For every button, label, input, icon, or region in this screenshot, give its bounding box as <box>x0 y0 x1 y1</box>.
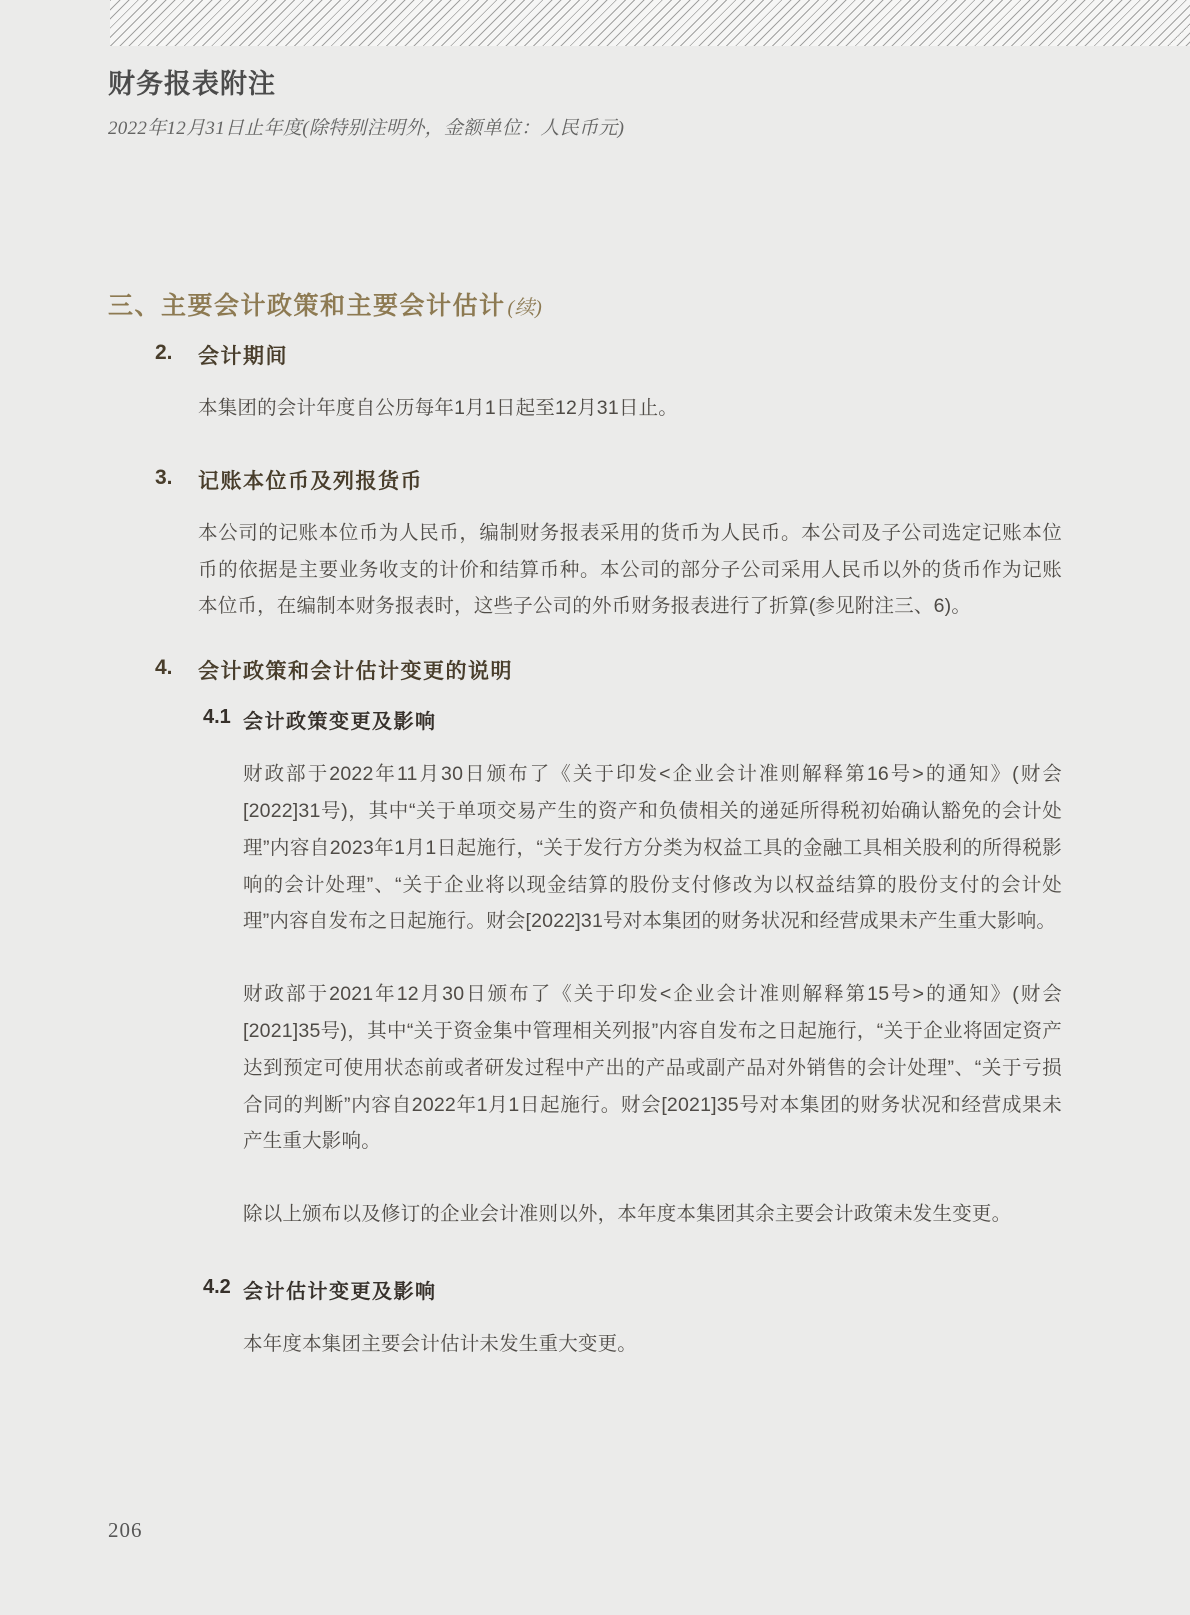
section-3-functional-currency: 3. 记账本位币及列报货币 本公司的记账本位币为人民币，编制财务报表采用的货币为… <box>155 465 1190 625</box>
subsection-body: 会计政策变更及影响 财政部于2022年11月30日颁布了《关于印发<企业会计准则… <box>243 705 1062 1233</box>
document-subtitle: 2022年12月31日止年度(除特别注明外，金额单位：人民币元) <box>108 113 1190 140</box>
subsection-body: 会计估计变更及影响 本年度本集团主要会计估计未发生重大变更。 <box>243 1275 1062 1363</box>
page-number: 206 <box>108 1518 143 1542</box>
section-number: 4. <box>155 655 198 1363</box>
section-number: 2. <box>155 340 198 427</box>
subsection-number: 4.1 <box>203 705 243 1233</box>
paragraph: 除以上颁布以及修订的企业会计准则以外，本年度本集团其余主要会计政策未发生变更。 <box>243 1196 1062 1233</box>
section-body: 会计政策和会计估计变更的说明 4.1 会计政策变更及影响 财政部于2022年11… <box>198 655 1062 1363</box>
diagonal-hatch-band <box>110 0 1190 46</box>
section-title-continued-marker: (续) <box>508 297 543 319</box>
paragraph: 财政部于2021年12月30日颁布了《关于印发<企业会计准则解释第15号>的通知… <box>243 976 1062 1160</box>
document-title: 财务报表附注 <box>108 62 1190 101</box>
paragraph: 本年度本集团主要会计估计未发生重大变更。 <box>243 1326 1062 1363</box>
section-heading: 记账本位币及列报货币 <box>198 465 1062 495</box>
paragraph: 财政部于2022年11月30日颁布了《关于印发<企业会计准则解释第16号>的通知… <box>243 756 1062 940</box>
page-footer: 206 <box>108 1518 143 1543</box>
section-title: 三、主要会计政策和主要会计估计(续) <box>108 286 1190 322</box>
section-body: 记账本位币及列报货币 本公司的记账本位币为人民币，编制财务报表采用的货币为人民币… <box>198 465 1062 625</box>
section-heading: 会计期间 <box>198 340 1062 370</box>
section-title-main: 三、主要会计政策和主要会计估计 <box>108 292 506 320</box>
paragraph: 本公司的记账本位币为人民币，编制财务报表采用的货币为人民币。本公司及子公司选定记… <box>198 515 1062 625</box>
section-number: 3. <box>155 465 198 625</box>
subsection-heading: 会计政策变更及影响 <box>243 705 1062 734</box>
subsection-4-1-policy-changes: 4.1 会计政策变更及影响 财政部于2022年11月30日颁布了《关于印发<企业… <box>203 705 1062 1233</box>
section-2-accounting-period: 2. 会计期间 本集团的会计年度自公历每年1月1日起至12月31日止。 <box>155 340 1190 427</box>
document-page: 财务报表附注 2022年12月31日止年度(除特别注明外，金额单位：人民币元) … <box>0 0 1190 1615</box>
section-heading: 会计政策和会计估计变更的说明 <box>198 655 1062 685</box>
section-body: 会计期间 本集团的会计年度自公历每年1月1日起至12月31日止。 <box>198 340 1062 427</box>
subsection-number: 4.2 <box>203 1275 243 1363</box>
section-4-changes-in-policies: 4. 会计政策和会计估计变更的说明 4.1 会计政策变更及影响 财政部于2022… <box>155 655 1190 1363</box>
subsection-4-2-estimate-changes: 4.2 会计估计变更及影响 本年度本集团主要会计估计未发生重大变更。 <box>203 1275 1062 1363</box>
subsection-heading: 会计估计变更及影响 <box>243 1275 1062 1304</box>
paragraph: 本集团的会计年度自公历每年1月1日起至12月31日止。 <box>198 390 1062 427</box>
